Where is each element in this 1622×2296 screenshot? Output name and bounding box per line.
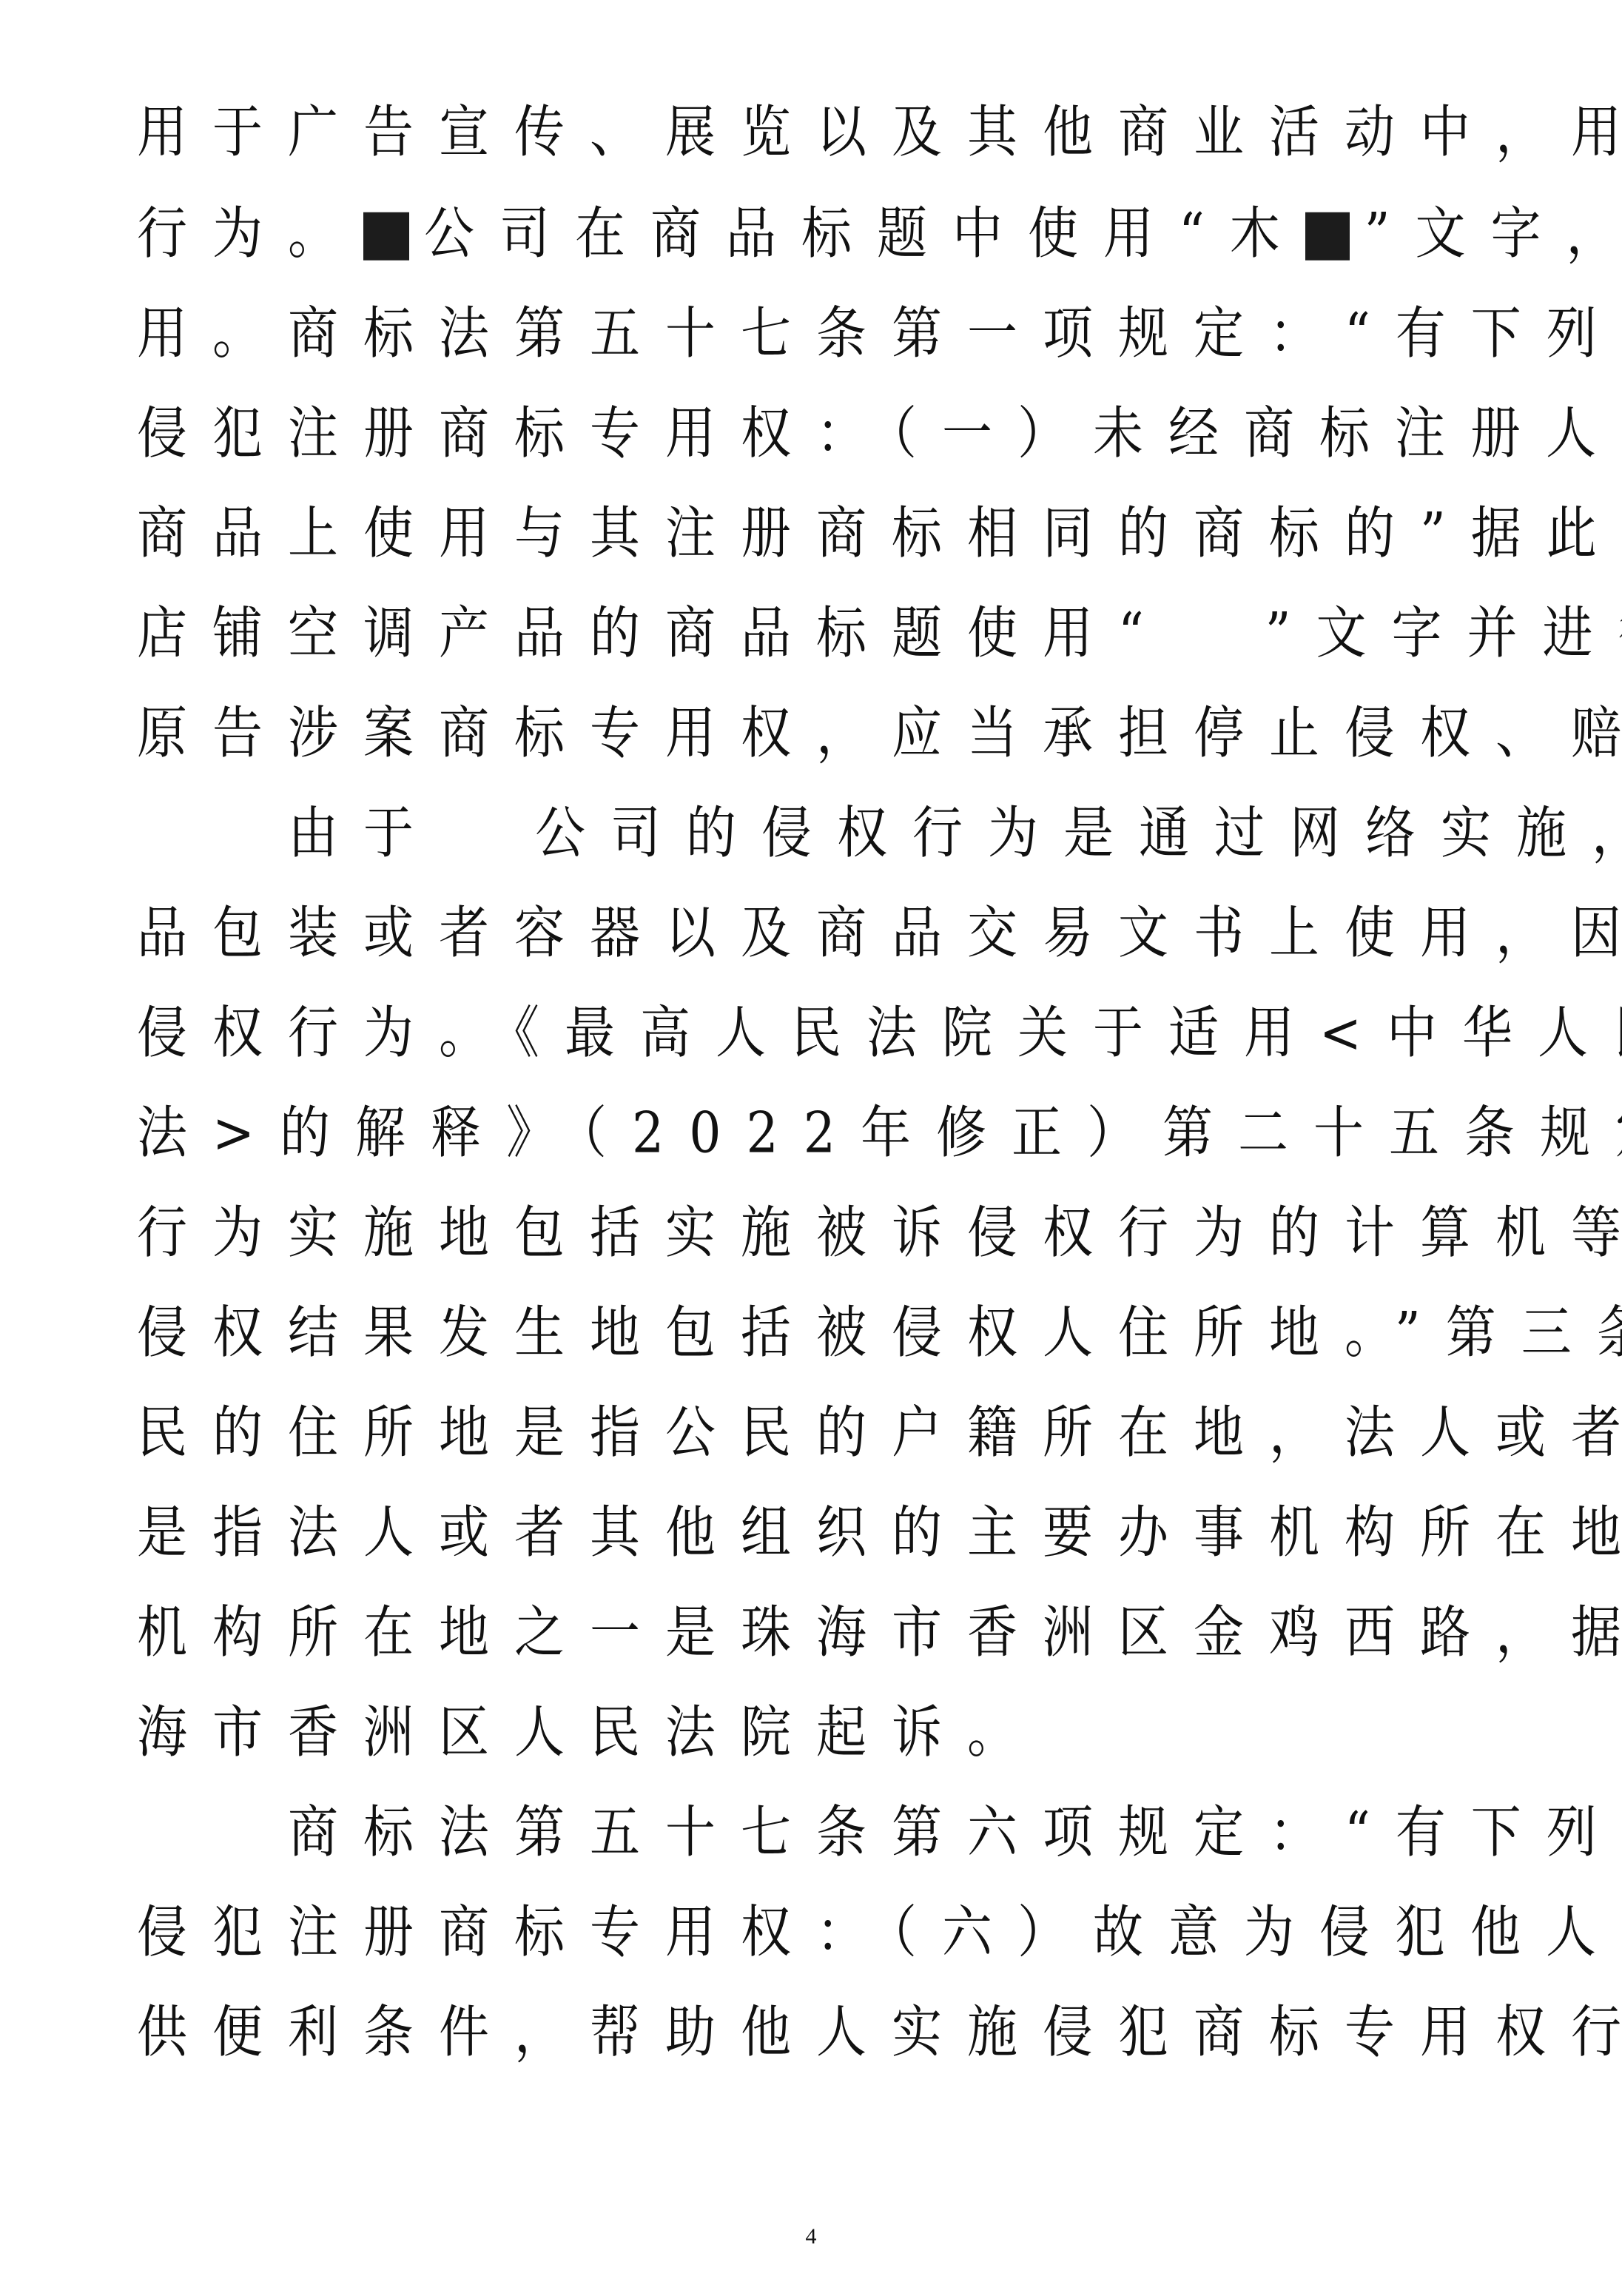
text-segment: 原告涉案商标专用权，应当承担停止侵权、赔偿损失的民事责任。 [137, 701, 1622, 766]
redaction-block [1305, 212, 1350, 260]
text-line: 行为。公司在商品标题中使用“木”文字，属于商标性使 [137, 189, 1528, 280]
text-line: 用。商标法第五十七条第一项规定：“有下列行为之一的，均属 [137, 289, 1528, 380]
text-line: 侵权结果发生地包括被侵权人住所地。”第三条第一款规定：“公 [137, 1288, 1528, 1379]
text-segment: 民的住所地是指公民的户籍所在地，法人或者其他组织的住所地 [137, 1400, 1622, 1466]
page-number: 4 [0, 2224, 1622, 2249]
text-segment: 侵犯注册商标专用权：（六）故意为侵犯他人商标专用权行为提 [137, 1900, 1622, 1965]
text-segment: 机构所在地之一是珠海市香洲区金鸡西路，据此，原告可以向珠 [137, 1600, 1622, 1665]
text-segment: 侵权行为。《最高人民法院关于适用<中华人民共和国民事诉讼 [137, 1001, 1622, 1066]
text-segment: 法>的解释》（2022年修正）第二十五条规定：“信息网络侵权 [137, 1101, 1622, 1166]
text-segment: 供便利条件，帮助他人实施侵犯商标专用权行为的”据此， [137, 2000, 1622, 2065]
text-segment: 海市香洲区人民法院起诉。 [137, 1700, 1043, 1765]
redaction-block [439, 811, 520, 859]
text-segment: 行为实施地包括实施被诉侵权行为的计算机等信息设备所在地， [137, 1201, 1622, 1266]
text-segment: 公司的侵权行为是通过网络实施，而非在商品、商 [535, 801, 1622, 866]
text-line: 商标法第五十七条第六项规定：“有下列行为之一的，均属 [137, 1788, 1528, 1879]
text-line: 侵犯注册商标专用权：（一）未经商标注册人的许可，在同一种 [137, 389, 1528, 480]
text-line: 是指法人或者其他组织的主要办事机构所在地。”原告主要办事 [137, 1488, 1528, 1579]
text-segment: 用于广告宣传、展览以及其他商业活动中，用于识别商品来源的 [137, 100, 1622, 165]
text-segment: 公司在商品标题中使用“木 [424, 201, 1305, 266]
text-line: 侵权行为。《最高人民法院关于适用<中华人民共和国民事诉讼 [137, 988, 1528, 1079]
text-segment: 由于 [137, 801, 439, 866]
text-segment: 店铺空调产品的商品标题使用“ [137, 601, 1169, 666]
text-line: 侵犯注册商标专用权：（六）故意为侵犯他人商标专用权行为提 [137, 1887, 1528, 1978]
text-segment: 侵权结果发生地包括被侵权人住所地。”第三条第一款规定：“公 [137, 1300, 1622, 1366]
text-line: 店铺空调产品的商品标题使用“”文字并进行推广，侵害了 [137, 588, 1528, 679]
text-segment: 商品上使用与其注册商标相同的商标的”据此， [137, 501, 1622, 566]
redaction-block [363, 212, 409, 260]
text-segment: 侵犯注册商标专用权：（一）未经商标注册人的许可，在同一种 [137, 401, 1622, 466]
text-line: 海市香洲区人民法院起诉。 [137, 1688, 1528, 1779]
text-line: 行为实施地包括实施被诉侵权行为的计算机等信息设备所在地， [137, 1188, 1528, 1279]
text-line: 原告涉案商标专用权，应当承担停止侵权、赔偿损失的民事责任。 [137, 688, 1528, 779]
redaction-block [1169, 611, 1251, 659]
text-line: 品包装或者容器以及商品交易文书上使用，因此，属于信息网络 [137, 888, 1528, 979]
text-line: 机构所在地之一是珠海市香洲区金鸡西路，据此，原告可以向珠 [137, 1588, 1528, 1679]
text-line: 用于广告宣传、展览以及其他商业活动中，用于识别商品来源的 [137, 87, 1528, 178]
text-segment: 用。商标法第五十七条第一项规定：“有下列行为之一的，均属 [137, 301, 1622, 366]
text-line: 商品上使用与其注册商标相同的商标的”据此，公司在涉案 [137, 489, 1528, 580]
text-segment: 是指法人或者其他组织的主要办事机构所在地。”原告主要办事 [137, 1500, 1622, 1565]
text-line: 供便利条件，帮助他人实施侵犯商标专用权行为的”据此，月 [137, 1987, 1528, 2078]
document-page: 用于广告宣传、展览以及其他商业活动中，用于识别商品来源的行为。公司在商品标题中使… [0, 0, 1622, 2296]
text-line: 法>的解释》（2022年修正）第二十五条规定：“信息网络侵权 [137, 1088, 1528, 1179]
text-segment: ”文字并进行推广，侵害了 [1265, 601, 1622, 666]
text-line: 民的住所地是指公民的户籍所在地，法人或者其他组织的住所地 [137, 1388, 1528, 1479]
text-segment: 商标法第五十七条第六项规定：“有下列行为之一的，均属 [137, 1800, 1622, 1865]
text-segment: 行为。 [137, 201, 363, 266]
text-segment: 品包装或者容器以及商品交易文书上使用，因此，属于信息网络 [137, 901, 1622, 966]
text-line: 由于公司的侵权行为是通过网络实施，而非在商品、商 [137, 788, 1528, 879]
text-segment: ”文字，属于商标性使 [1364, 201, 1622, 266]
